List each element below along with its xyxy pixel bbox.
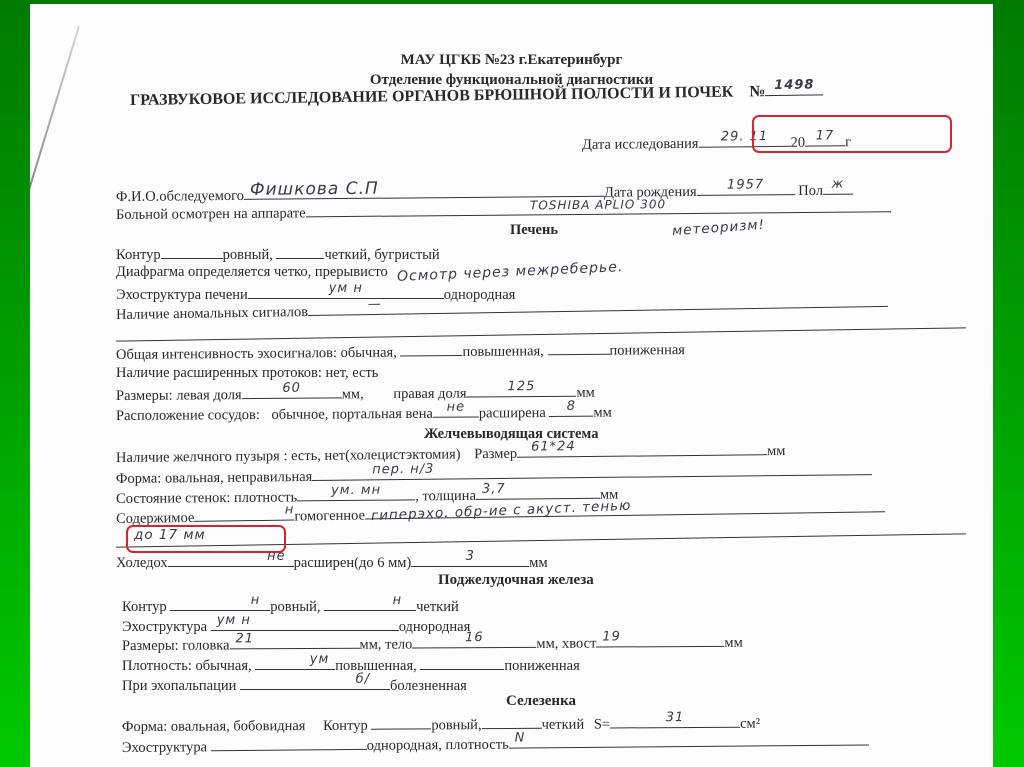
body-field: 16 (412, 633, 536, 649)
content-suffix: гомогенное (294, 508, 365, 525)
pancreas-size-label: Размеры: головка (122, 637, 230, 654)
content-field: н (194, 506, 294, 522)
portal-field: не (433, 402, 479, 417)
body-unit: мм, хвост (536, 636, 596, 652)
birth-date-value: 1957 (697, 177, 795, 194)
spleen-heading: Селезенка (506, 693, 576, 709)
choledoch-suffix: расширен(до 6 мм) (294, 555, 412, 571)
pancreas-density-field3 (420, 655, 504, 670)
liver-echo-value: ум н (248, 281, 444, 297)
thickness-label: , толщина (415, 488, 476, 505)
right-lobe-field: 125 (466, 382, 576, 398)
pancreas-echo-value: ум н (211, 613, 399, 629)
pancreas-heading: Поджелудочная железа (438, 572, 594, 588)
gallbladder-shape-label: Форма: овальная, неправильная (116, 469, 312, 487)
anomal-signals-label: Наличие аномальных сигналов (116, 304, 308, 323)
pancreas-size-row: Размеры: головка21мм, тело16мм, хвост19м… (122, 632, 743, 654)
device-label: Больной осмотрен на аппарате (116, 205, 306, 223)
liver-contour-label: Контур (116, 247, 161, 263)
intensity-opt2: повышенная, (462, 343, 544, 360)
pancreas-echo-field: ум н (211, 616, 399, 631)
diaphragm-row: Диафрагма определяется четко, прерывисто… (116, 264, 624, 280)
pancreas-contour-opt2: четкий (416, 599, 459, 615)
pancreas-density-field: ум (255, 655, 335, 670)
date-highlight-box (752, 115, 952, 153)
sex-field: ж (823, 180, 853, 195)
institution-title: МАУ ЦГКБ №23 г.Екатеринбург (30, 52, 993, 68)
walls-density-field: ум. мн (297, 485, 415, 501)
device-field: TOSHIBA APLIO 300 (306, 197, 891, 217)
choledoch-size-field: 3 (411, 552, 529, 567)
palpation-row: При эхопальпации б/болезненная (122, 675, 467, 694)
intensity-opt3: пониженная (609, 342, 685, 359)
gallbladder-size-field: 61*24 (517, 440, 767, 458)
spleen-echo-label: Эхоструктура (122, 739, 207, 756)
dilated-unit: мм (593, 405, 611, 421)
palpation-label: При эхопальпации (122, 678, 236, 694)
tail-unit: мм (724, 635, 742, 651)
liver-contour-opt2: четкий, бугристый (324, 247, 439, 263)
palpation-field: б/ (240, 675, 390, 690)
number-label: № (749, 83, 765, 100)
pancreas-contour-field1: н (170, 596, 270, 611)
spleen-echo-field (211, 735, 367, 751)
spleen-echo-suffix: однородная, плотность (367, 737, 509, 754)
spleen-contour-field1 (371, 714, 431, 729)
portal-value: не (433, 399, 479, 415)
gallbladder-shape-field: пер. н/3 (312, 460, 872, 481)
spleen-area-field: 31 (610, 713, 740, 729)
choledoch-value: не (168, 549, 294, 565)
dilated-label: расширена (479, 405, 546, 421)
pancreas-contour-value2: н (324, 593, 416, 609)
number-value: 1498 (765, 77, 823, 94)
liver-heading: Печень (510, 222, 558, 238)
vessels-label: Расположение сосудов: (116, 407, 260, 424)
content-value: н (194, 503, 294, 520)
liver-contour-field2 (276, 244, 324, 259)
choledoch-label: Холедох (116, 555, 168, 571)
spleen-contour-label: Контур (323, 718, 368, 734)
spleen-contour-opt1: ровный, (431, 717, 481, 733)
pancreas-contour-label: Контур (122, 599, 167, 615)
tail-field: 19 (596, 632, 724, 648)
liver-contour-opt1: ровный, (223, 247, 273, 263)
intensity-field2 (400, 341, 462, 357)
head-value: 21 (229, 631, 359, 648)
choledoch-row: Холедохнерасширен(до 6 мм)3мм (116, 552, 548, 571)
right-lobe-value: 125 (466, 379, 576, 396)
left-lobe-value: 60 (242, 380, 342, 397)
spleen-shape-label: Форма: овальная, бобовидная (122, 718, 306, 735)
head-unit: мм, тело (359, 636, 412, 652)
liver-contour-field1 (161, 244, 223, 259)
vessels-row: Расположение сосудов: обычное, портальна… (116, 402, 612, 424)
thickness-field: 3,7 (476, 484, 600, 500)
patient-name-value: Фишкова С.П (244, 179, 604, 198)
pancreas-contour-value1: н (170, 593, 270, 609)
sex-value: ж (823, 177, 853, 193)
palpation-suffix: болезненная (390, 678, 467, 694)
spleen-contour-field2 (481, 714, 541, 729)
gallbladder-size-label: Размер (474, 446, 517, 462)
intensity-row: Общая интенсивность эхосигналов: обычная… (116, 339, 685, 363)
vessels-opt: обычное, портальная вена (271, 406, 433, 423)
left-lobe-unit: мм, (342, 386, 364, 402)
head-field: 21 (229, 634, 359, 650)
spleen-density-field: N (509, 730, 869, 748)
pancreas-contour-field2: н (324, 596, 416, 611)
body-value: 16 (412, 630, 536, 647)
pancreas-density-opt3: пониженная (504, 658, 579, 674)
liver-contour-row: Контурровный, четкий, бугристый (116, 244, 440, 263)
tail-value: 19 (596, 629, 724, 646)
scanned-form-sheet: МАУ ЦГКБ №23 г.Екатеринбург Отделение фу… (30, 4, 993, 767)
liver-size-row: Размеры: левая доля60мм, правая доля125м… (116, 382, 595, 404)
intensity-field3 (547, 340, 609, 356)
gallbladder-size-unit: мм (767, 443, 786, 459)
gallbladder-size-value: 61*24 (517, 437, 767, 456)
intensity-label: Общая интенсивность эхосигналов: обычная… (116, 345, 397, 363)
liver-heading-note: метеоризм! (672, 217, 766, 239)
left-lobe-field: 60 (242, 383, 342, 399)
birth-date-field: 1957 (697, 180, 795, 196)
thickness-value: 3,7 (476, 481, 600, 498)
exam-date-label: Дата исследования (582, 136, 699, 153)
choledoch-size-value: 3 (411, 549, 529, 565)
choledoch-unit: мм (529, 555, 547, 571)
choledoch-field: не (168, 552, 294, 567)
liver-size-label: Размеры: левая доля (116, 387, 242, 404)
pancreas-density-label: Плотность: обычная, (122, 658, 252, 674)
pancreas-density-value: ум (255, 652, 335, 668)
pancreas-echo-label: Эхоструктура (122, 619, 207, 635)
walls-density-value: ум. мн (297, 482, 415, 499)
liver-echo-label: Эхоструктура печени (116, 287, 248, 303)
spleen-area-value: 31 (610, 710, 740, 727)
spleen-density-value: N (509, 727, 869, 746)
diaphragm-label: Диафрагма определяется четко, прерывисто (116, 264, 388, 280)
dilated-value: 8 (549, 399, 593, 415)
dilated-field: 8 (549, 402, 593, 417)
palpation-value: б/ (240, 672, 390, 688)
number-field: 1498 (765, 80, 823, 96)
ducts-row: Наличие расширенных протоков: нет, есть (116, 365, 378, 381)
